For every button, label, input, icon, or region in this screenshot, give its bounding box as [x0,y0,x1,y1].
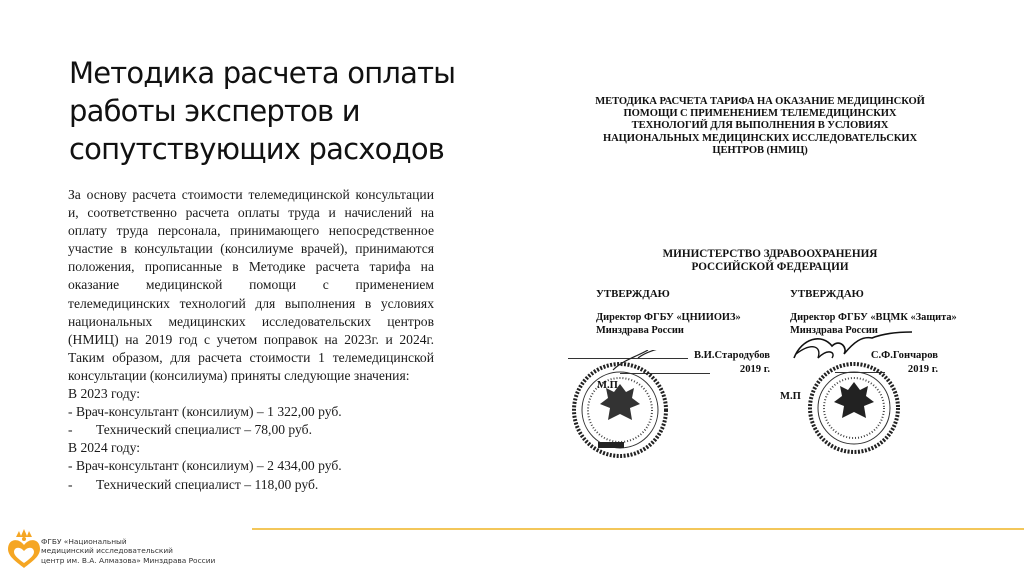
stamp-seal-left-icon [568,350,678,460]
list-item-text: Врач-консультант (консилиум) – 2 434,00 … [76,458,342,473]
director-line: Директор ФГБУ «ЦНИИОИЗ» [596,312,741,325]
footer-org-line: центр им. В.А. Алмазова» Минздрава Росси… [41,556,215,565]
scan-title-line: ТЕХНОЛОГИЙ ДЛЯ ВЫПОЛНЕНИЯ В УСЛОВИЯХ [560,120,960,132]
list-item: -Технический специалист – 78,00 руб. [68,421,434,439]
director-left: Директор ФГБУ «ЦНИИОИЗ» Минздрава России [596,312,741,337]
approval-label-left: УТВЕРЖДАЮ [596,288,670,300]
stamp-mark-right: М.П [780,391,801,402]
title-line: сопутствующих расходов [69,130,489,168]
signer-year: 2019 г. [690,363,770,377]
list-item: - Врач-консультант (консилиум) – 2 434,0… [68,457,434,475]
almazov-heart-logo-icon [6,527,42,569]
ministry-line: МИНИСТЕРСТВО ЗДРАВООХРАНЕНИЯ [650,248,890,261]
list-item-text: Врач-консультант (консилиум) – 1 322,00 … [76,404,342,419]
list-dash: - [68,421,96,439]
approval-label-right: УТВЕРЖДАЮ [790,288,864,300]
scan-title-line: НАЦИОНАЛЬНЫХ МЕДИЦИНСКИХ ИССЛЕДОВАТЕЛЬСК… [560,133,960,145]
ministry-heading: МИНИСТЕРСТВО ЗДРАВООХРАНЕНИЯ РОССИЙСКОЙ … [650,248,890,274]
list-dash: - [68,476,96,494]
footer-org-line: ФГБУ «Национальный [41,537,215,546]
scan-title: МЕТОДИКА РАСЧЕТА ТАРИФА НА ОКАЗАНИЕ МЕДИ… [560,96,960,157]
scanned-document: МЕТОДИКА РАСЧЕТА ТАРИФА НА ОКАЗАНИЕ МЕДИ… [560,88,970,478]
list-item-text: Технический специалист – 78,00 руб. [96,422,312,437]
year-heading-2024: В 2024 году: [68,439,434,457]
footer-org-line: медицинский исследовательский [41,546,215,555]
director-line: Минздрава России [596,325,741,338]
ministry-line: РОССИЙСКОЙ ФЕДЕРАЦИИ [650,261,890,274]
scan-title-line: ЦЕНТРОВ (НМИЦ) [560,145,960,157]
footer-divider [252,528,1024,530]
title-line: работы экспертов и [69,92,489,130]
intro-paragraph: За основу расчета стоимости телемедицинс… [68,186,434,385]
scan-title-line: МЕТОДИКА РАСЧЕТА ТАРИФА НА ОКАЗАНИЕ МЕДИ… [560,96,960,108]
stamp-mark-left: М.П [597,380,618,391]
director-line: Директор ФГБУ «ВЦМК «Защита» [790,312,957,325]
title-line: Методика расчета оплаты [69,54,489,92]
year-heading-2023: В 2023 году: [68,385,434,403]
stamp-seal-right-icon [782,328,932,458]
list-item: - Врач-консультант (консилиум) – 1 322,0… [68,403,434,421]
body-text: За основу расчета стоимости телемедицинс… [68,186,434,494]
list-dash: - [68,458,76,473]
footer-organization: ФГБУ «Национальный медицинский исследова… [41,537,215,565]
list-dash: - [68,404,76,419]
signer-name: В.И.Стародубов [690,349,770,363]
slide-title: Методика расчета оплаты работы экспертов… [69,54,489,168]
scan-title-line: ПОМОЩИ С ПРИМЕНЕНИЕМ ТЕЛЕМЕДИЦИНСКИХ [560,108,960,120]
list-item: -Технический специалист – 118,00 руб. [68,476,434,494]
list-item-text: Технический специалист – 118,00 руб. [96,477,318,492]
